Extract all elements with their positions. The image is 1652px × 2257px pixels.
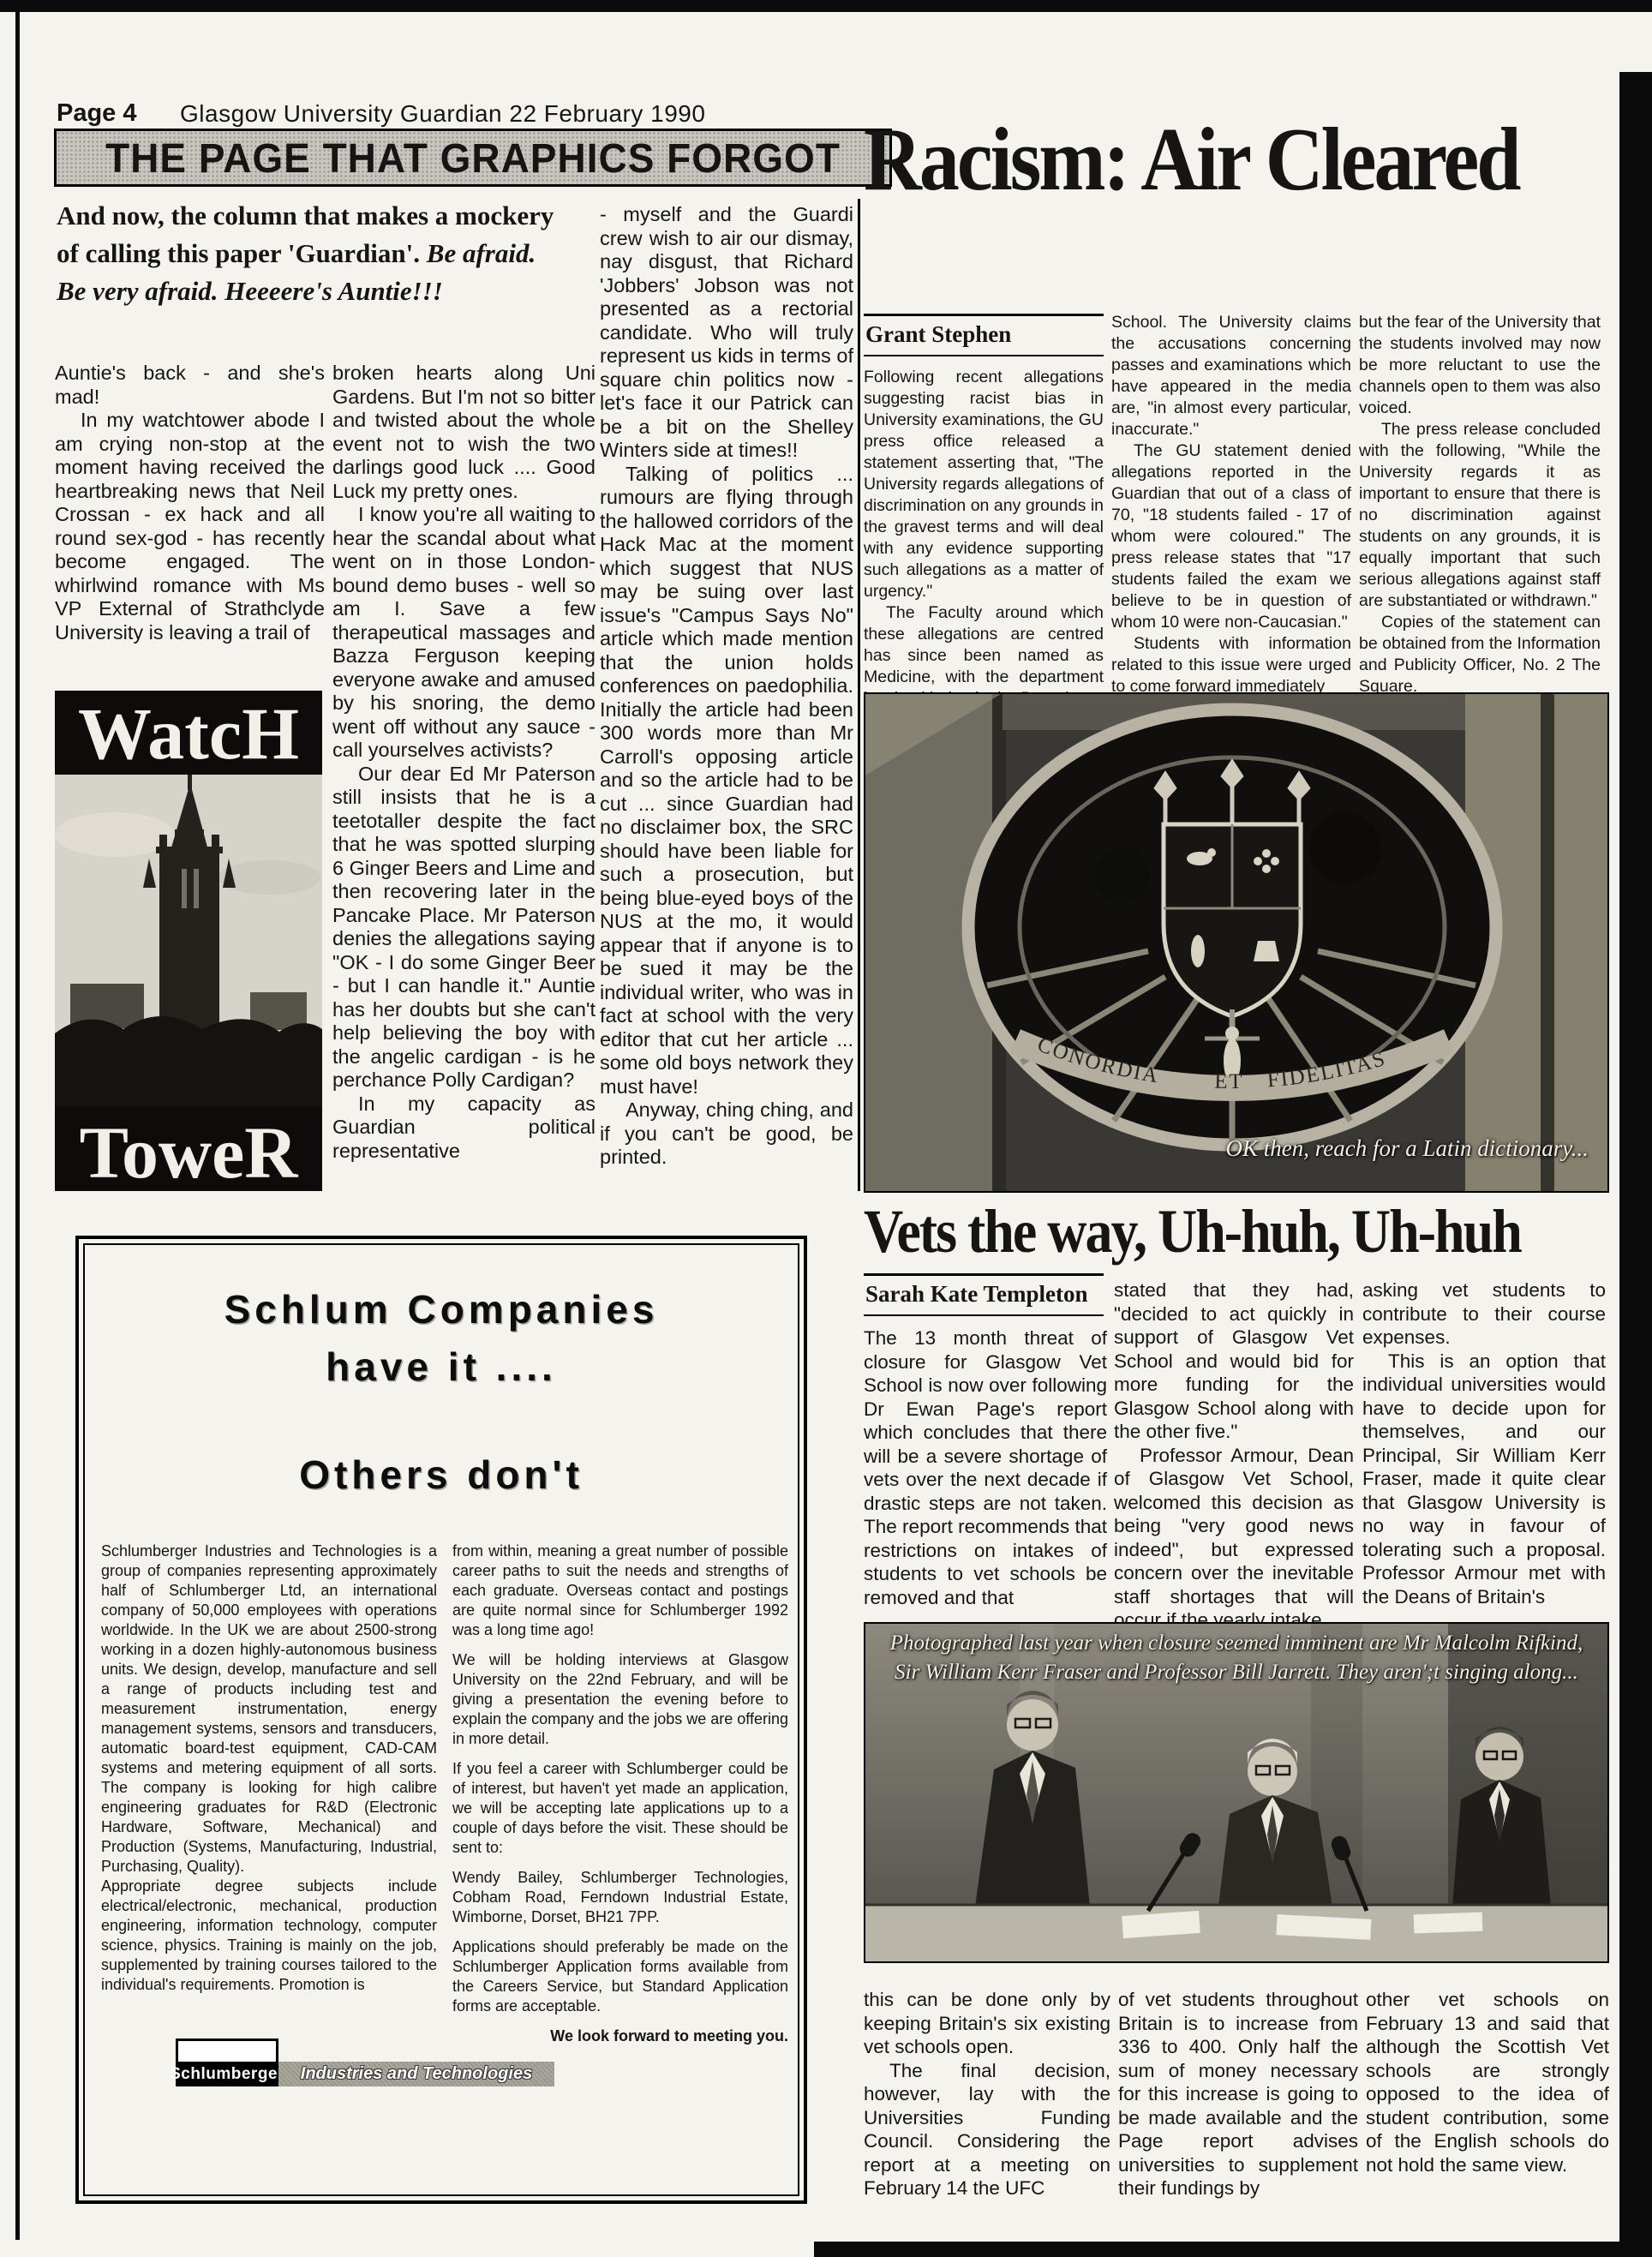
paragraph: from within, meaning a great number of p… bbox=[452, 1542, 788, 1640]
paragraph: - myself and the Guardi crew wish to air… bbox=[600, 203, 853, 463]
schlumberger-logo-division: Industries and Technologies bbox=[278, 2062, 554, 2086]
paragraph: broken hearts along Uni Gardens. But I'm… bbox=[332, 362, 596, 503]
paragraph: Talking of politics ... rumours are flyi… bbox=[600, 463, 853, 1099]
scan-edge-right bbox=[1619, 72, 1652, 2257]
paragraph: this can be done only by keeping Britain… bbox=[864, 1988, 1110, 2059]
paragraph: I know you're all waiting to hear the sc… bbox=[332, 503, 596, 763]
paragraph: In my capacity as Guardian political rep… bbox=[332, 1093, 596, 1164]
paragraph: Auntie's back - and she's mad! bbox=[55, 362, 325, 409]
paragraph: This is an option that individual univer… bbox=[1362, 1350, 1606, 1609]
auntie-column-2: broken hearts along Uni Gardens. But I'm… bbox=[332, 362, 596, 1163]
crest-window-photo: CONORDIA ET FIDELITAS OK then, reach for… bbox=[864, 692, 1609, 1193]
vets-bottom-column-2: of vet students throughout Britain is to… bbox=[1118, 1988, 1358, 2200]
advert-headline-line3: Others don't bbox=[79, 1452, 804, 1498]
page-number-label: Page 4 bbox=[57, 99, 137, 128]
racism-column-3: but the fear of the University that the … bbox=[1359, 312, 1601, 697]
advert-closing-line: We look forward to meeting you. bbox=[452, 2027, 788, 2046]
paragraph: Wendy Bailey, Schlumberger Technologies,… bbox=[452, 1868, 788, 1927]
paragraph: The 13 month threat of closure for Glasg… bbox=[864, 1326, 1107, 1609]
paragraph: Schlumberger Industries and Technologies… bbox=[101, 1542, 437, 1877]
vets-column-3: asking vet students to contribute to the… bbox=[1362, 1278, 1606, 1608]
crest-window-illustration: CONORDIA ET FIDELITAS bbox=[865, 694, 1607, 1191]
schlumberger-logo-wordmark: Schlumberger bbox=[176, 2062, 278, 2086]
section-banner-title: THE PAGE THAT GRAPHICS FORGOT bbox=[105, 134, 841, 183]
advert-headline-line1: Schlum Companies bbox=[79, 1286, 804, 1332]
scan-edge-bottom bbox=[814, 2242, 1652, 2257]
advert-text-right: from within, meaning a great number of p… bbox=[452, 1542, 788, 2056]
paragraph: Following recent allegations suggesting … bbox=[864, 367, 1104, 602]
section-banner: THE PAGE THAT GRAPHICS FORGOT bbox=[54, 129, 892, 187]
paragraph: The press release concluded with the fol… bbox=[1359, 419, 1601, 612]
scan-edge-left bbox=[15, 12, 20, 2240]
paragraph: Applications should preferably be made o… bbox=[452, 1937, 788, 2016]
watchtower-graphic: WatcH ToweR bbox=[55, 691, 322, 1191]
auntie-column-1: Auntie's back - and she's mad! In my wat… bbox=[55, 362, 325, 644]
paragraph: We will be holding interviews at Glasgow… bbox=[452, 1650, 788, 1749]
paragraph: Our dear Ed Mr Paterson still insists th… bbox=[332, 763, 596, 1093]
paragraph: but the fear of the University that the … bbox=[1359, 312, 1601, 419]
university-tower-photo bbox=[55, 775, 322, 1107]
conference-table bbox=[865, 1905, 1607, 1961]
paragraph: In my watchtower abode I am crying non-s… bbox=[55, 409, 325, 644]
paragraph: asking vet students to contribute to the… bbox=[1362, 1278, 1606, 1350]
paragraph: other vet schools on February 13 and sai… bbox=[1366, 1988, 1609, 2176]
vets-press-photo: Photographed last year when closure seem… bbox=[864, 1622, 1609, 1963]
crest-photo-caption: OK then, reach for a Latin dictionary... bbox=[1226, 1135, 1589, 1162]
paragraph: Copies of the statement can be obtained … bbox=[1359, 612, 1601, 697]
paragraph: The GU statement denied allegations repo… bbox=[1111, 440, 1351, 633]
vets-photo-caption-line2: Sir William Kerr Fraser and Professor Bi… bbox=[865, 1658, 1607, 1687]
racism-headline: Racism: Air Cleared bbox=[864, 108, 1519, 212]
vets-photo-caption-line1: Photographed last year when closure seem… bbox=[865, 1629, 1607, 1658]
schlumberger-advert: Schlum Companies have it .... Others don… bbox=[75, 1236, 807, 2204]
column-divider-rule bbox=[858, 199, 860, 1191]
scan-edge-top bbox=[0, 0, 1652, 12]
paragraph: Appropriate degree subjects include elec… bbox=[101, 1877, 437, 1995]
paragraph: of vet students throughout Britain is to… bbox=[1118, 1988, 1358, 2200]
racism-column-2: School. The University claims the accusa… bbox=[1111, 312, 1351, 697]
tower-window-slit bbox=[182, 869, 187, 908]
vets-column-1: The 13 month threat of closure for Glasg… bbox=[864, 1326, 1107, 1609]
paragraph: Students with information related to thi… bbox=[1111, 633, 1351, 697]
racism-column-1: Following recent allegations suggesting … bbox=[864, 367, 1104, 709]
vets-headline: Vets the way, Uh-huh, Uh-huh bbox=[864, 1196, 1521, 1267]
vets-byline: Sarah Kate Templeton bbox=[864, 1273, 1104, 1316]
masthead: Glasgow University Guardian 22 February … bbox=[180, 100, 705, 128]
racism-byline: Grant Stephen bbox=[864, 314, 1104, 356]
auntie-column-3: - myself and the Guardi crew wish to air… bbox=[600, 203, 853, 1170]
paragraph: stated that they had, "decided to act qu… bbox=[1114, 1278, 1354, 1444]
watchtower-title-top: WatcH bbox=[55, 691, 322, 775]
paragraph: If you feel a career with Schlumberger c… bbox=[452, 1759, 788, 1858]
paragraph: The final decision, however, lay with th… bbox=[864, 2059, 1110, 2200]
vets-column-2: stated that they had, "decided to act qu… bbox=[1114, 1278, 1354, 1632]
vets-bottom-column-1: this can be done only by keeping Britain… bbox=[864, 1988, 1110, 2200]
schlumberger-logo-flag bbox=[176, 2038, 278, 2064]
vets-bottom-column-3: other vet schools on February 13 and sai… bbox=[1366, 1988, 1609, 2176]
watchtower-title-bottom: ToweR bbox=[55, 1111, 322, 1194]
paragraph: School. The University claims the accusa… bbox=[1111, 312, 1351, 440]
auntie-headline: And now, the column that makes a mockery… bbox=[57, 197, 558, 310]
advert-headline-line2: have it .... bbox=[79, 1344, 804, 1390]
advert-text-left: Schlumberger Industries and Technologies… bbox=[101, 1542, 437, 1995]
newspaper-page: Page 4 Glasgow University Guardian 22 Fe… bbox=[0, 0, 1652, 2257]
paragraph: Anyway, ching ching, and if you can't be… bbox=[600, 1099, 853, 1170]
vets-photo-caption: Photographed last year when closure seem… bbox=[865, 1629, 1607, 1687]
paragraph: Professor Armour, Dean of Glasgow Vet Sc… bbox=[1114, 1444, 1354, 1632]
